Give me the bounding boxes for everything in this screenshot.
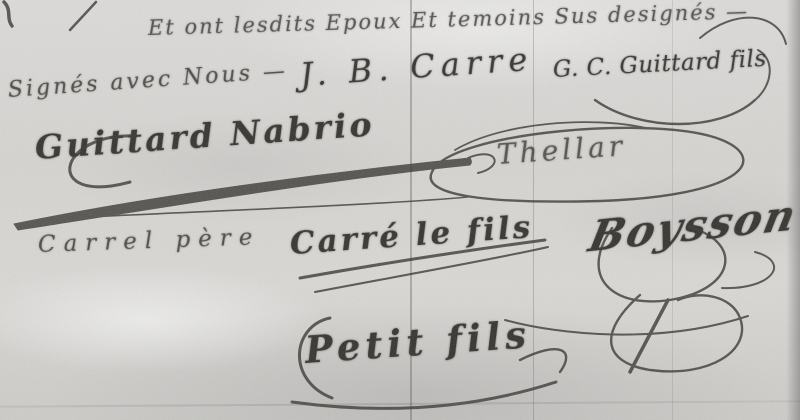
signature-thellar: Thellar [496, 129, 627, 171]
closing-line-1: Et ont lesdits Epoux Et temoins Sus desi… [148, 0, 750, 40]
signature-guittard-fils: G. C. Guittard fils [552, 46, 767, 83]
flourish-boysson-paraph [611, 295, 742, 371]
flourish-boysson-slash [630, 300, 668, 372]
flourish-boysson-endloop [722, 252, 774, 288]
flourish-sweep-return [85, 197, 468, 217]
closing-line-2: Signés avec Nous — [7, 58, 289, 103]
signature-boysson: Boysson [585, 190, 800, 262]
signature-jb-carre: J. B. Carre [299, 40, 535, 94]
signature-petit-fils: Petit fils [303, 312, 532, 372]
signature-carrel-pere: Carrel père [38, 224, 261, 258]
flourish-sweep-endcurl [468, 154, 495, 173]
flourish-petit-underline [292, 382, 556, 408]
signature-guittard-nabrio: Guittard Nabrio [34, 104, 376, 167]
flourish-boysson-leftsweep [505, 316, 748, 335]
signature-carre-le-fils: Carré le fils [289, 209, 534, 262]
flourish-guittard-under [595, 100, 755, 124]
bottom-crease [0, 400, 800, 408]
corner-mark [4, 2, 12, 26]
margin-slash [70, 2, 96, 30]
scanned-document: Et ont lesdits Epoux Et temoins Sus desi… [0, 0, 800, 420]
